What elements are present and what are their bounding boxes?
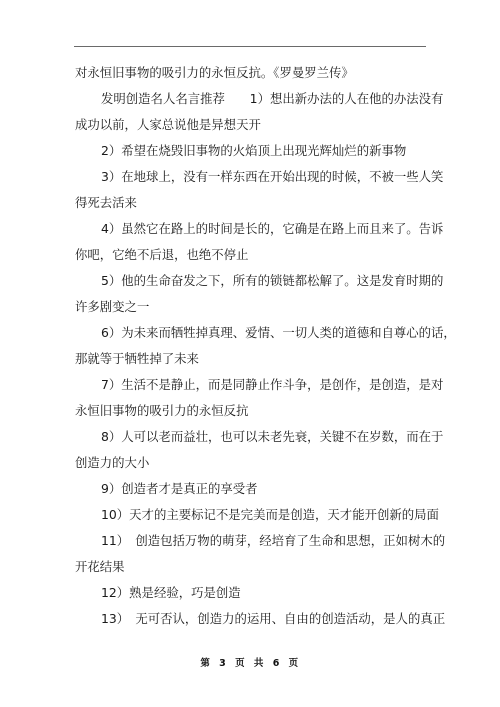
document-body: 对永恒旧事物的吸引力的永恒反抗。《罗曼罗兰传》 发明创造名人名言推荐 1）想出新…: [75, 63, 427, 635]
text-line: 你吧，它绝不后退，也绝不停止: [75, 245, 427, 271]
header-divider: [74, 46, 426, 47]
page-number-footer: 第 3 页 共 6 页: [0, 655, 500, 669]
text-line: 4）虽然它在路上的时间是长的，它确是在路上而且来了。告诉: [75, 219, 427, 245]
text-line: 对永恒旧事物的吸引力的永恒反抗。《罗曼罗兰传》: [75, 63, 427, 89]
text-line: 成功以前，人家总说他是异想天开: [75, 115, 427, 141]
text-line: 9）创造者才是真正的享受者: [75, 479, 427, 505]
text-line: 5）他的生命奋发之下，所有的锁链都松解了。这是发育时期的: [75, 271, 427, 297]
text-line: 那就等于牺牲掉了未来: [75, 349, 427, 375]
text-line: 得死去活来: [75, 193, 427, 219]
text-line: 7）生活不是静止，而是同静止作斗争，是创作，是创造，是对: [75, 375, 427, 401]
text-line: 8）人可以老而益壮，也可以未老先衰，关键不在岁数，而在于: [75, 427, 427, 453]
text-line: 开花结果: [75, 557, 427, 583]
document-page: 对永恒旧事物的吸引力的永恒反抗。《罗曼罗兰传》 发明创造名人名言推荐 1）想出新…: [0, 0, 500, 707]
text-line: 3）在地球上，没有一样东西在开始出现的时候，不被一些人笑: [75, 167, 427, 193]
text-line: 2）希望在烧毁旧事物的火焰顶上出现光辉灿烂的新事物: [75, 141, 427, 167]
text-line: 12）熟是经验，巧是创造: [75, 583, 427, 609]
text-line: 11） 创造包括万物的萌芽，经培育了生命和思想，正如树木的: [75, 531, 427, 557]
text-line: 创造力的大小: [75, 453, 427, 479]
text-line: 发明创造名人名言推荐 1）想出新办法的人在他的办法没有: [75, 89, 427, 115]
text-line: 永恒旧事物的吸引力的永恒反抗: [75, 401, 427, 427]
text-line: 6）为未来而牺牲掉真理、爱情、一切人类的道德和自尊心的话，: [75, 323, 427, 349]
text-line: 10）天才的主要标记不是完美而是创造，天才能开创新的局面: [75, 505, 427, 531]
text-line: 13） 无可否认，创造力的运用、自由的创造活动，是人的真正: [75, 609, 427, 635]
text-line: 许多剧变之一: [75, 297, 427, 323]
